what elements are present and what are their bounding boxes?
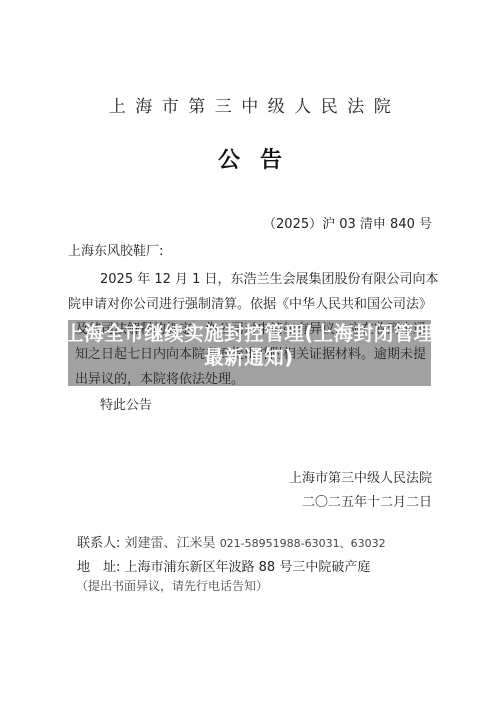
signature-date: 二〇二五年十二月二日 xyxy=(302,491,432,510)
address-line: 地 址: 上海市浦东新区年波路 88 号三中院破产庭 xyxy=(77,556,370,575)
case-number: （2025）沪 03 清申 840 号 xyxy=(263,213,432,232)
closing-text: 特此公告 xyxy=(100,394,152,413)
contact-names: 刘建雷、江米昊 xyxy=(125,536,216,551)
objection-note: （提出书面异议，请先行电话告知） xyxy=(76,577,268,594)
court-name-heading: 上海市第三中级人民法院 xyxy=(0,92,500,117)
body-line-5: 出异议的，本院将依法处理。 xyxy=(75,368,244,387)
addressee: 上海东风胶鞋厂: xyxy=(68,240,163,259)
body-line-1: 2025 年 12 月 1 日，东浩兰生会展集团股份有限公司向本 xyxy=(100,268,439,287)
document-title: 公告 xyxy=(0,143,500,174)
contact-line: 联系人: 刘建雷、江米昊 021-58951988-63031、63032 xyxy=(77,532,386,551)
headline-overlay-text: 上海全市继续实施封控管理(上海封闭管理最新通知) xyxy=(63,322,435,370)
contact-label: 联系人: xyxy=(77,536,120,551)
contact-phone: 021-58951988-63031、63032 xyxy=(220,537,386,550)
body-line-2: 院申请对你公司进行强制清算。依据《中华人民共和国公司法》 xyxy=(68,293,432,312)
address-value: 上海市浦东新区年波路 88 号三中院破产庭 xyxy=(125,560,371,575)
signature-court: 上海市第三中级人民法院 xyxy=(289,467,432,486)
address-label: 地 址: xyxy=(77,560,120,575)
